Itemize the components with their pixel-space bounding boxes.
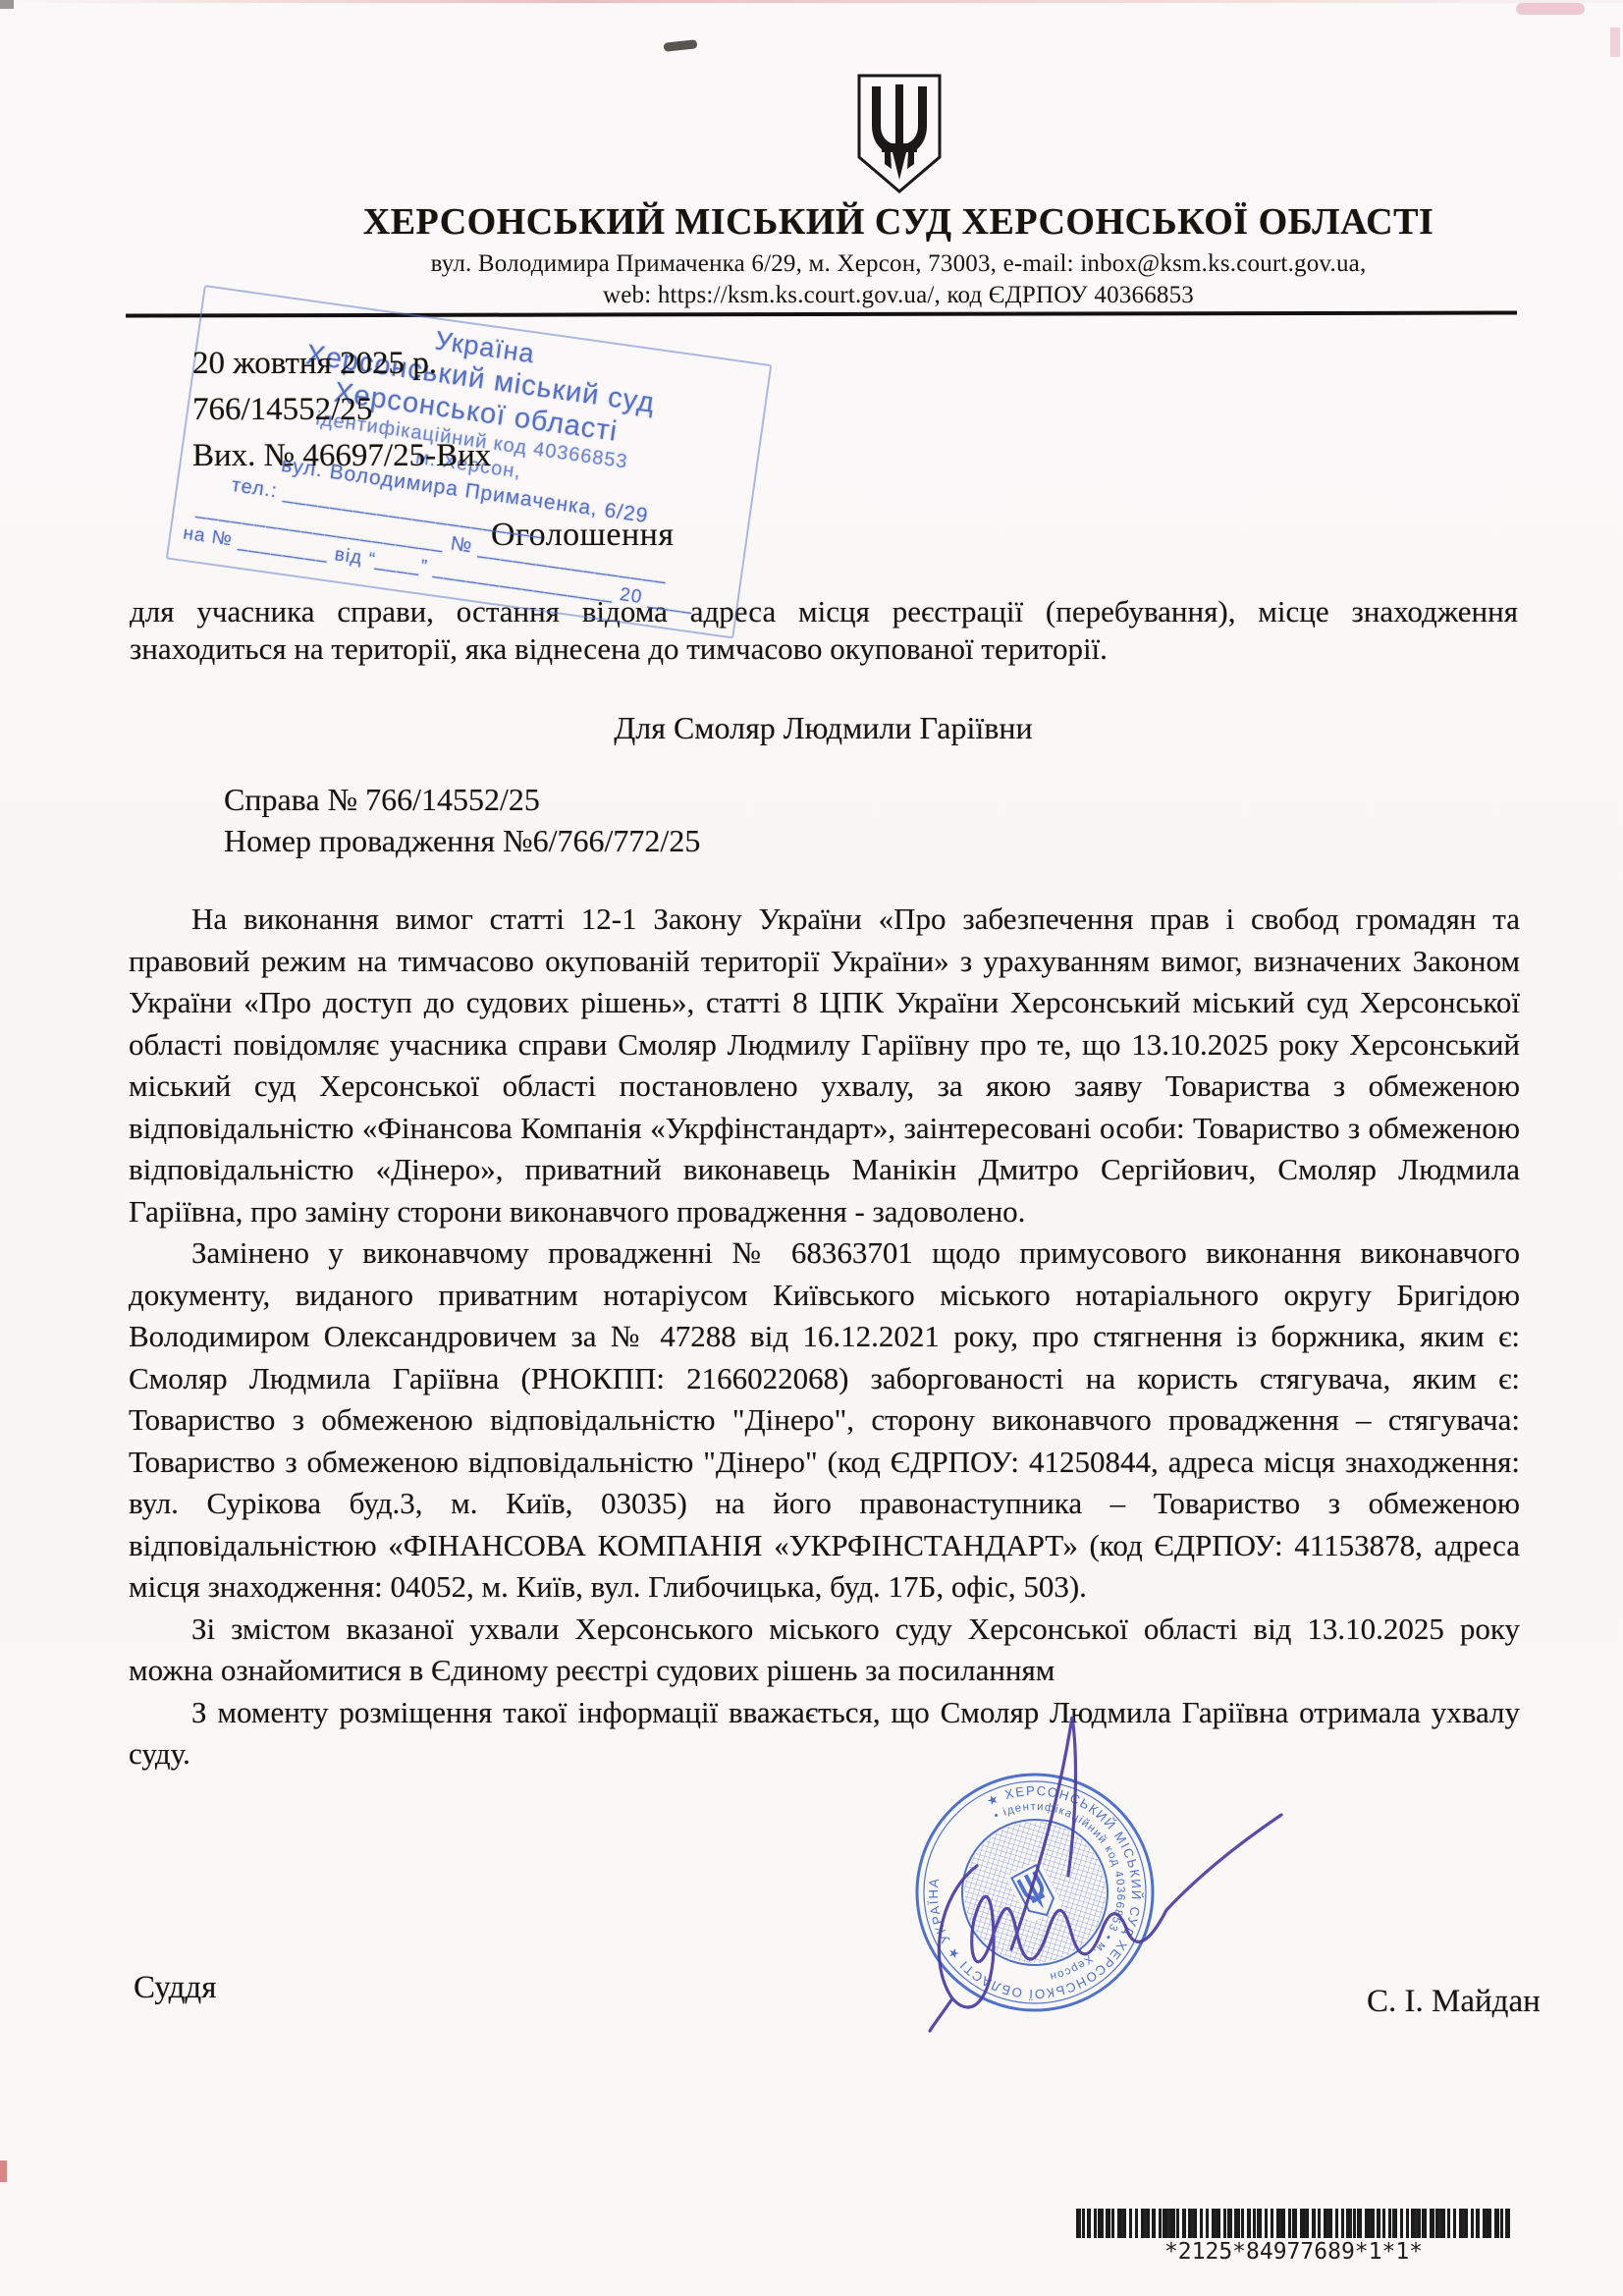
barcode-value: *2125*84977689*1*1* — [1076, 2239, 1511, 2265]
judge-role-label: Суддя — [134, 1970, 216, 2006]
intro-paragraph: для учасника справи, остання відома адре… — [130, 593, 1518, 668]
addressee-line: Для Смоляр Людмили Гаріївни — [128, 710, 1519, 746]
body-text: На виконання вимог статті 12-1 Закону Ук… — [129, 899, 1520, 1776]
date-line: 20 жовтня 2025 р. — [192, 341, 491, 387]
scan-artifact-pink-smudge — [1516, 3, 1585, 15]
body-paragraph-3: Зі змістом вказаної ухвали Херсонського … — [129, 1609, 1520, 1692]
body-paragraph-2: Замінено у виконавчому провадженні № 683… — [129, 1232, 1520, 1609]
scan-artifact-top-edge — [0, 0, 1623, 3]
barcode — [1076, 2209, 1511, 2238]
judge-name: С. І. Майдан — [1367, 1984, 1541, 2020]
proceedings-number-line: Номер провадження №6/766/772/25 — [224, 823, 700, 859]
outgoing-number-line: Вих. № 46697/25-Вих — [192, 433, 491, 479]
coat-of-arms-trident-icon — [856, 73, 943, 194]
judge-signature — [884, 1699, 1316, 2043]
scanned-court-letter: ХЕРСОНСЬКИЙ МІСЬКИЙ СУД ХЕРСОНСЬКОЇ ОБЛА… — [0, 0, 1623, 2296]
court-address-line-2: web: https://ksm.ks.court.gov.ua/, код Є… — [250, 282, 1546, 309]
court-name-heading: ХЕРСОНСЬКИЙ МІСЬКИЙ СУД ХЕРСОНСЬКОЇ ОБЛА… — [250, 200, 1546, 244]
scan-artifact-dash — [664, 39, 698, 52]
scan-artifact-pink-edge — [1610, 27, 1620, 57]
court-address-line-1: вул. Володимира Примаченка 6/29, м. Херс… — [250, 250, 1546, 278]
reference-block: 20 жовтня 2025 р. 766/14552/25 Вих. № 46… — [192, 341, 491, 479]
scan-artifact-red-mark — [0, 2160, 7, 2182]
case-reference-line: Справа № 766/14552/25 — [224, 782, 540, 818]
body-paragraph-1: На виконання вимог статті 12-1 Закону Ук… — [129, 899, 1520, 1232]
case-number-line: 766/14552/25 — [192, 387, 491, 433]
scan-artifact-corner-mark — [0, 0, 14, 9]
